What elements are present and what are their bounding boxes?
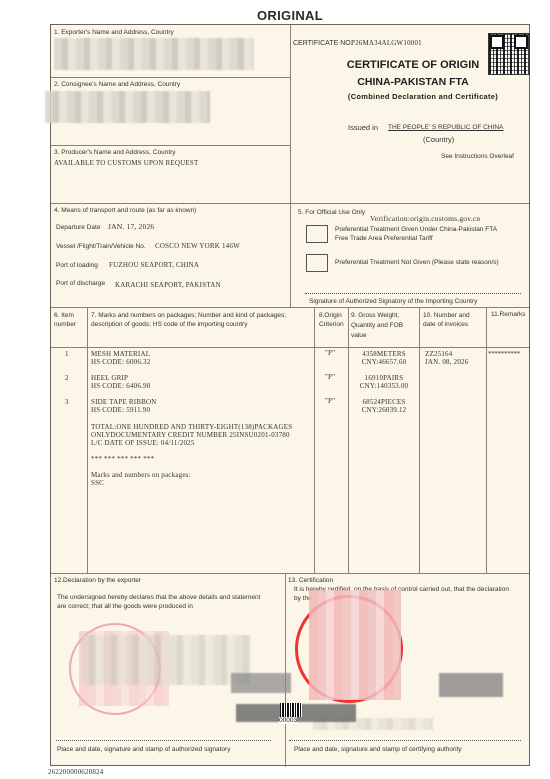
issued-in-label: Issued in (348, 123, 378, 132)
table-bottom (51, 573, 529, 574)
row1-origin: "P" (325, 349, 335, 357)
header-invoice: 10. Number and date of invoices (423, 311, 483, 329)
col-divider (348, 307, 349, 573)
col-divider (314, 307, 315, 573)
box3-bottom (51, 203, 529, 204)
consignee-label: 2. Consignee's Name and Address, Country (54, 81, 180, 88)
discharge-label: Port of discharge (56, 280, 105, 287)
certificate-sheet: 1. Exporter's Name and Address, Country … (50, 24, 530, 766)
certificate-subtitle: CHINA-PAKISTAN FTA (313, 76, 513, 88)
discharge-value: KARACHI SEAPORT, PAKISTAN (115, 281, 221, 289)
preferential-not-given: Preferential Treatment Not Given (Please… (335, 259, 499, 266)
departure-value: JAN. 17, 2026 (108, 222, 154, 231)
row1-fob: CNY:46657.60 (349, 358, 419, 366)
row3-hs: HS CODE: 5911.90 (91, 406, 150, 414)
header-gross: 9. Gross Weight, Quantity and FOB value (351, 311, 415, 341)
preferential-given-checkbox[interactable] (306, 225, 328, 243)
certificate-no: P26MA34ALGW10001 (351, 39, 422, 47)
transport-label: 4. Means of transport and route (as far … (54, 207, 196, 214)
verification-text: Verification:origin.customs.gov.cn (370, 214, 480, 223)
declaration-label: 12.Declaration by the exporter (54, 577, 141, 584)
header-origin: 8.Origin Criterion (319, 311, 349, 329)
box4-bottom (51, 307, 529, 308)
barcode (280, 703, 302, 717)
preferential-given-line1: Preferential Treatment Given Under China… (335, 226, 497, 233)
row3-origin: "P" (325, 397, 335, 405)
signature-redacted (231, 673, 291, 693)
signature-line (305, 293, 521, 294)
declaration-text-line2: are correct; that all the goods were pro… (57, 603, 193, 610)
box2-bottom (51, 145, 290, 146)
certificate-note: (Combined Declaration and Certificate) (313, 92, 533, 101)
exporter-redacted (54, 38, 254, 70)
marks-label: Marks and numbers on packages: (91, 471, 191, 479)
row1-hs: HS CODE: 6006.32 (91, 358, 150, 366)
preferential-given-line2: Free Trade Area Preferential Tariff (335, 235, 433, 242)
total-line2: ONLYDOCUMENTARY CREDIT NUMBER 25INSU0201… (91, 431, 290, 439)
table-header-bottom (51, 347, 529, 348)
row2-desc: HEEL GRIP (91, 374, 128, 382)
vessel-value: COSCO NEW YORK 146W (155, 242, 240, 250)
authority-signature-redacted (439, 673, 503, 697)
certifying-stamp-redacted (309, 590, 401, 700)
vessel-label: Vessel /Flight/Train/Vehicle No. (56, 243, 146, 250)
consignee-redacted (45, 91, 210, 123)
row2-hs: HS CODE: 6406.90 (91, 382, 150, 390)
row2-qty: 16910PAIRS (349, 374, 419, 382)
col-divider (419, 307, 420, 573)
row3-fob: CNY:26039.12 (349, 406, 419, 414)
declaration-signature-line (56, 740, 271, 741)
loading-value: FUZHOU SEAPORT, CHINA (109, 261, 199, 269)
producer-value: AVAILABLE TO CUSTOMS UPON REQUEST (54, 159, 198, 167)
certification-label: 13. Certification (288, 577, 333, 584)
certificate-no-label: CERTIFICATE NO. (293, 40, 353, 47)
col-divider (87, 307, 88, 573)
header-remarks: 11.Remarks (491, 311, 526, 318)
barcode-number: 00003 (279, 717, 297, 724)
row2-fob: CNY:140353.00 (349, 382, 419, 390)
box1-bottom (51, 77, 290, 78)
certificate-title: CERTIFICATE OF ORIGIN (313, 59, 513, 71)
official-use-label: 5. For Official Use Only (298, 209, 365, 216)
col-divider (486, 307, 487, 573)
stars-line: *** *** *** *** *** (91, 455, 154, 463)
row2-item: 2 (65, 374, 69, 382)
top-divider (290, 25, 291, 307)
row1-desc: MESH MATERIAL (91, 350, 150, 358)
loading-label: Port of loading (56, 262, 98, 269)
bottom-divider (285, 573, 286, 767)
row2-origin: "P" (325, 373, 335, 381)
declaration-text-line1: The undersigned hereby declares that the… (57, 594, 260, 601)
document-title: ORIGINAL (0, 8, 550, 23)
row3-item: 3 (65, 398, 69, 406)
departure-label: Departure Date (56, 224, 100, 231)
producer-label: 3. Producer's Name and Address, Country (54, 149, 176, 156)
row1-invoice-date: JAN. 08, 2026 (425, 358, 468, 366)
total-line3: L/C DATE OF ISSUE: 04/11/2025 (91, 439, 195, 447)
header-marks: 7. Marks and numbers on packages; Number… (91, 311, 313, 329)
row1-qty: 4358METERS (349, 350, 419, 358)
row1-invoice-no: ZZ25164 (425, 350, 452, 358)
row1-remarks: ********** (488, 350, 520, 358)
row1-item: 1 (65, 350, 69, 358)
certification-signature-line (289, 740, 521, 741)
serial-number: 262200000620824 (48, 768, 104, 776)
declaration-footer: Place and date, signature and stamp of a… (57, 746, 230, 753)
exporter-label: 1. Exporter's Name and Address, Country (54, 29, 174, 36)
row3-qty: 68524PIECES (349, 398, 419, 406)
total-line1: TOTAL:ONE HUNDRED AND THIRTY-EIGHT(138)P… (91, 423, 292, 431)
declaration-redacted (81, 635, 251, 685)
importing-signature-label: Signature of Authorized Signatory of the… (309, 298, 477, 305)
marks-value: SSC (91, 479, 104, 487)
issued-in-value: THE PEOPLE' S REPUBLIC OF CHINA (385, 124, 506, 131)
certification-footer: Place and date, signature and stamp of c… (294, 746, 462, 753)
country-label: (Country) (423, 135, 454, 144)
instructions-note: See Instructions Overleaf (441, 153, 514, 160)
preferential-not-given-checkbox[interactable] (306, 254, 328, 272)
row3-desc: SIDE TAPE RIBBON (91, 398, 157, 406)
header-item-number: 6. Item number (54, 311, 86, 329)
